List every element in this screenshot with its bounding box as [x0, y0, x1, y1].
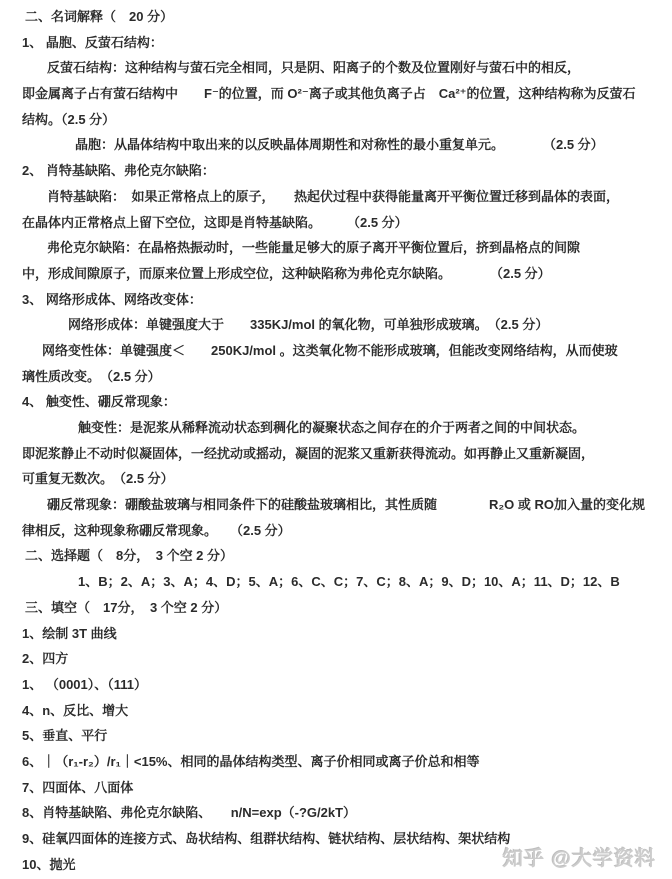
doc-line: 反萤石结构：这种结构与萤石完全相同，只是阴、阳离子的个数及位置刚好与萤石中的相反… — [47, 55, 672, 81]
section-heading-terms: 二、名词解释（ 20 分） — [25, 4, 672, 30]
document-page: 二、名词解释（ 20 分） 1、 晶胞、反萤石结构： 反萤石结构：这种结构与萤石… — [0, 0, 672, 879]
zhihu-watermark: 知乎 @大学资料 — [503, 842, 656, 871]
term-item-1: 1、 晶胞、反萤石结构： — [22, 30, 672, 56]
doc-line: 可重复无数次。 （2.5 分） — [22, 466, 672, 492]
doc-line: 即金属离子占有萤石结构中 F⁻的位置，而 O²⁻离子或其他负离子占 Ca²⁺的位… — [22, 81, 672, 107]
choice-answers-line: 1、B；2、A；3、A；4、D；5、A；6、C、C；7、C；8、A；9、D；10… — [78, 569, 672, 595]
doc-line: 网络变性体：单键强度＜ 250KJ/mol 。这类氧化物不能形成玻璃，但能改变网… — [42, 338, 672, 364]
doc-line: 结构。（2.5 分） — [22, 107, 672, 133]
section-heading-fill-blank: 三、填空（ 17分， 3 个空 2 分） — [25, 595, 672, 621]
doc-line: 即泥浆静止不动时似凝固体，一经扰动或摇动，凝固的泥浆又重新获得流动。如再静止又重… — [22, 441, 672, 467]
fill-item-8: 8、肖特基缺陷、弗伦克尔缺陷、 n/N=exp（-?G/2kT） — [22, 800, 672, 826]
fill-item-6: 6、｜（r₁-r₂）/r₁｜<15%、相同的晶体结构类型、离子价相同或离子价总和… — [22, 749, 672, 775]
fill-item-7: 7、四面体、八面体 — [22, 775, 672, 801]
doc-line: 网络形成体：单键强度大于 335KJ/mol 的氧化物，可单独形成玻璃。 （2.… — [68, 312, 672, 338]
fill-item-5: 5、垂直、平行 — [22, 723, 672, 749]
fill-item-3: 1、 （0001）、（111） — [22, 672, 672, 698]
doc-line: 在晶体内正常格点上留下空位，这即是肖特基缺陷。 （2.5 分） — [22, 210, 672, 236]
doc-line: 璃性质改变。 （2.5 分） — [22, 364, 672, 390]
doc-line: 肖特基缺陷： 如果正常格点上的原子， 热起伏过程中获得能量离开平衡位置迁移到晶体… — [47, 184, 672, 210]
doc-line: 中，形成间隙原子，而原来位置上形成空位，这种缺陷称为弗伦克尔缺陷。 （2.5 分… — [22, 261, 672, 287]
doc-line: 弗伦克尔缺陷：在晶格热振动时，一些能量足够大的原子离开平衡位置后，挤到晶格点的间… — [47, 235, 672, 261]
term-item-4: 4、 触变性、硼反常现象： — [22, 389, 672, 415]
doc-line: 律相反，这种现象称硼反常现象。 （2.5 分） — [22, 518, 672, 544]
fill-item-4: 4、n、反比、增大 — [22, 698, 672, 724]
doc-line: 触变性：是泥浆从稀释流动状态到稠化的凝聚状态之间存在的介于两者之间的中间状态。 — [78, 415, 672, 441]
term-item-3: 3、 网络形成体、网络改变体： — [22, 287, 672, 313]
fill-item-1: 1、绘制 3T 曲线 — [22, 621, 672, 647]
doc-line: 硼反常现象：硼酸盐玻璃与相同条件下的硅酸盐玻璃相比，其性质随 R₂O 或 RO加… — [47, 492, 672, 518]
section-heading-choice: 二、选择题（ 8分， 3 个空 2 分） — [25, 543, 672, 569]
term-item-2: 2、 肖特基缺陷、弗伦克尔缺陷： — [22, 158, 672, 184]
doc-line: 晶胞：从晶体结构中取出来的以反映晶体周期性和对称性的最小重复单元。 （2.5 分… — [75, 132, 672, 158]
fill-item-2: 2、四方 — [22, 646, 672, 672]
